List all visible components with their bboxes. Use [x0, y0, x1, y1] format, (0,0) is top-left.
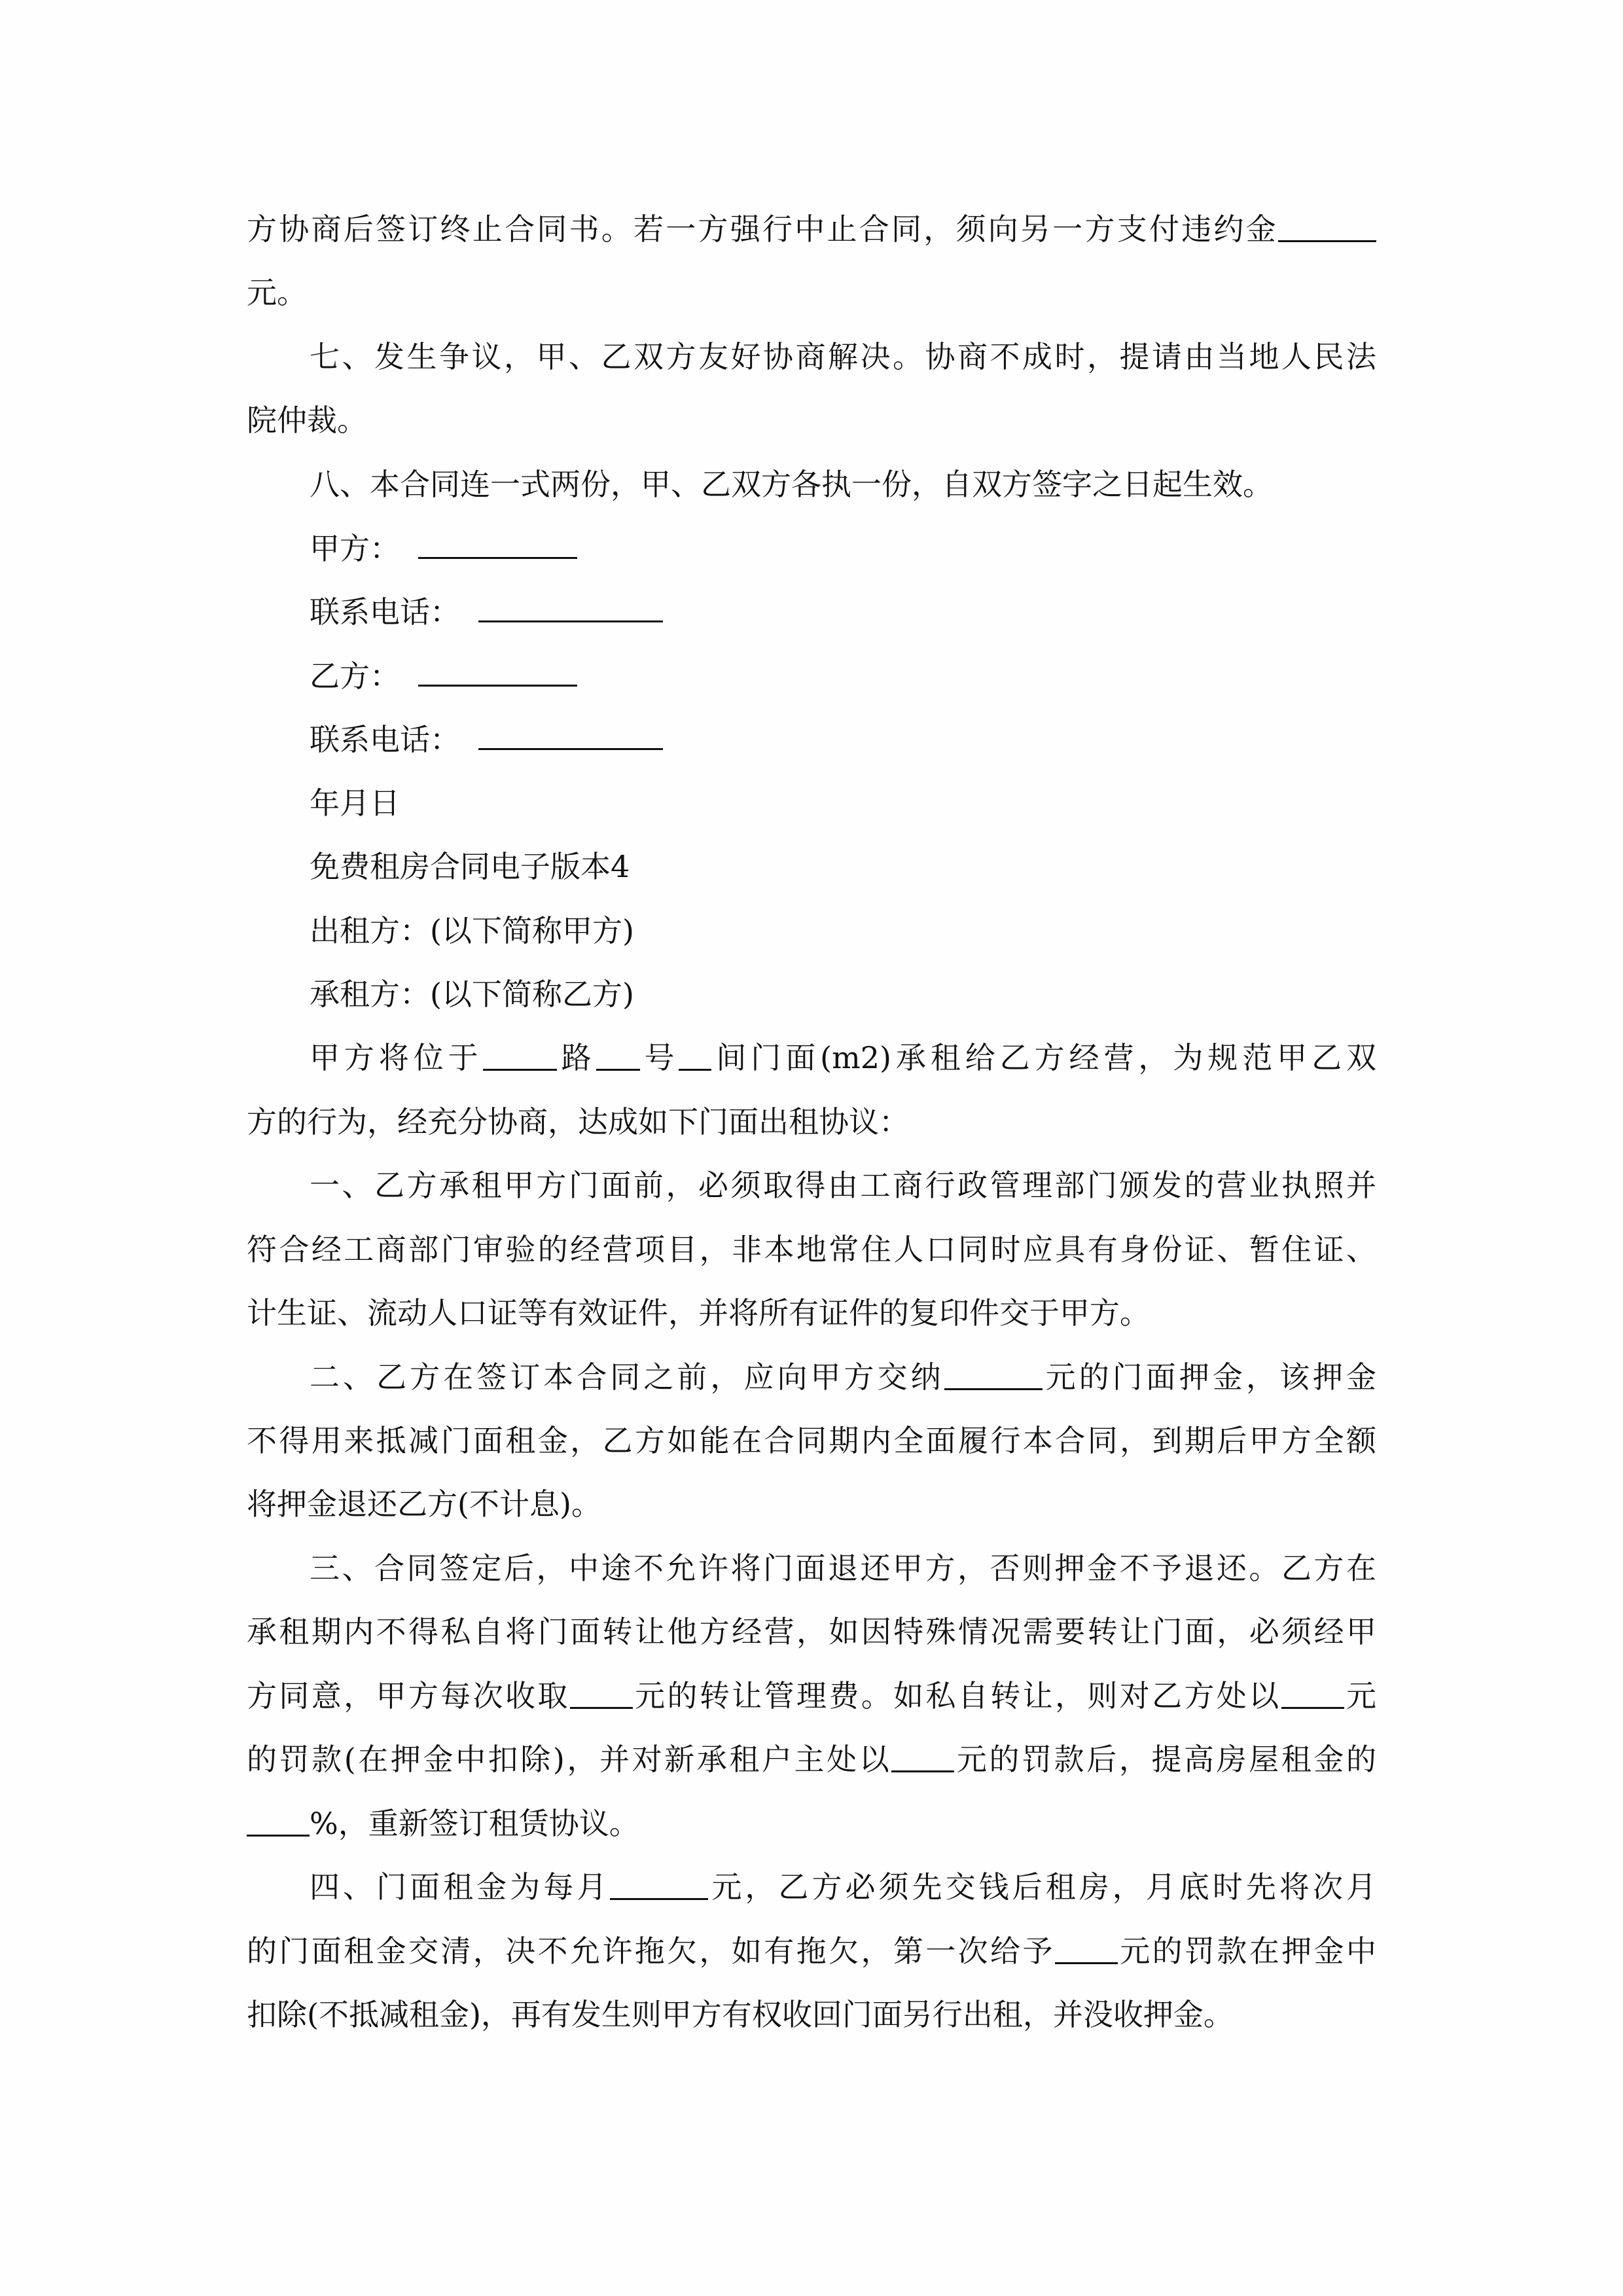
clause-text: 元的转让管理费。如私自转让，则对乙方处以 [633, 1678, 1281, 1713]
clause-text: 三、合同签定后，中途不允许将门面退还甲方，否则押金不予退还。乙方在 [310, 1551, 1376, 1586]
clause-text: 不得用来抵减门面租金，乙方如能在合同期内全面履行本合同，到期后甲方全额 [247, 1423, 1376, 1458]
document-page: 方协商后签订终止合同书。若一方强行中止合同，须向另一方支付违约金 元。 七、发生… [0, 0, 1623, 2296]
text-line: 元。 [247, 273, 1376, 312]
deposit-blank[interactable] [944, 1359, 1043, 1390]
party-b-label: 乙方： [310, 658, 400, 694]
clause-text: 号 [640, 1040, 679, 1075]
text-line: %，重新签订租赁协议。 [247, 1804, 1376, 1843]
clause-text: %，重新签订租赁协议。 [310, 1806, 639, 1841]
text-line: 扣除(不抵减租金)，再有发生则甲方有权收回门面另行出租，并没收押金。 [247, 1995, 1376, 2034]
party-b-signature-field[interactable] [418, 656, 577, 687]
monthly-rent-blank[interactable] [610, 1869, 708, 1900]
party-b-phone: 联系电话： [310, 719, 1376, 759]
clause-text: 元 [1344, 1678, 1376, 1713]
text-line: 方的行为，经充分协商，达成如下门面出租协议： [247, 1102, 1376, 1141]
text-line: 的门面租金交清，决不允许拖欠，如有拖欠，第一次给予元的罚款在押金中 [247, 1931, 1376, 1971]
text-line: 的罚款(在押金中扣除)，并对新承租户主处以元的罚款后，提高房屋租金的 [247, 1740, 1376, 1779]
party-a-phone-field[interactable] [478, 592, 663, 622]
clause-text: 将押金退还乙方(不计息)。 [247, 1486, 601, 1522]
text-line: 方同意，甲方每次收取元的转让管理费。如私自转让，则对乙方处以元 [247, 1676, 1376, 1715]
road-blank[interactable] [483, 1040, 557, 1071]
clause-text: 方协商后签订终止合同书。若一方强行中止合同，须向另一方支付违约金 [247, 211, 1278, 247]
clause-text: 院仲裁。 [247, 403, 367, 438]
clause-text: 方的行为，经充分协商，达成如下门面出租协议： [247, 1104, 909, 1139]
text-line: 将押金退还乙方(不计息)。 [247, 1484, 1376, 1524]
text-line: 方协商后签订终止合同书。若一方强行中止合同，须向另一方支付违约金 [247, 209, 1376, 249]
clause-text: 元的门面押金，该押金 [1043, 1359, 1376, 1395]
clause-two-line: 二、乙方在签订本合同之前，应向甲方交纳元的门面押金，该押金 [310, 1357, 1376, 1397]
party-a-label: 甲方： [310, 531, 400, 566]
clause-text: 元。 [247, 275, 307, 310]
number-blank[interactable] [596, 1040, 640, 1071]
clause-text: 七、发生争议，甲、乙双方友好协商解决。协商不成时，提请由当地人民法 [310, 339, 1376, 374]
party-a-signature-field[interactable] [418, 528, 577, 559]
clause-text: 扣除(不抵减租金)，再有发生则甲方有权收回门面另行出租，并没收押金。 [247, 1997, 1234, 2032]
clause-text: 计生证、流动人口证等有效证件，并将所有证件的复印件交于甲方。 [247, 1295, 1150, 1331]
clause-one-line: 一、乙方承租甲方门面前，必须取得由工商行政管理部门颁发的营业执照并 [310, 1166, 1376, 1205]
clause-text: 元的罚款在押金中 [1118, 1933, 1376, 1969]
clause-text: 一、乙方承租甲方门面前，必须取得由工商行政管理部门颁发的营业执照并 [310, 1168, 1376, 1203]
clause-text: 元，乙方必须先交钱后租房，月底时先将次月 [708, 1869, 1376, 1905]
lessor-line: 出租方：(以下简称甲方) [310, 911, 1376, 950]
date-line: 年月日 [310, 783, 1376, 823]
penalty-blank[interactable] [1281, 1678, 1344, 1709]
fill-in-blank[interactable] [1278, 211, 1376, 242]
transfer-fee-blank[interactable] [570, 1678, 633, 1709]
text-line: 承租期内不得私自将门面转让他方经营，如因特殊情况需要转让门面，必须经甲 [247, 1612, 1376, 1651]
clause-text: 方同意，甲方每次收取 [247, 1678, 570, 1713]
clause-three-line: 三、合同签定后，中途不允许将门面退还甲方，否则押金不予退还。乙方在 [310, 1549, 1376, 1588]
party-b-phone-label: 联系电话： [310, 722, 460, 757]
premises-line: 甲方将位于路号间门面(m2)承租给乙方经营，为规范甲乙双 [310, 1038, 1376, 1077]
lessee-line: 承租方：(以下简称乙方) [310, 975, 1376, 1014]
clause-text: 八、本合同连一式两份，甲、乙双方各执一份，自双方签字之日起生效。 [310, 467, 1273, 502]
date-text: 年月日 [310, 785, 400, 821]
party-a-signature: 甲方： [310, 528, 1376, 567]
section-title: 免费租房合同电子版本4 [310, 847, 1376, 886]
clause-text: 的罚款(在押金中扣除)，并对新承租户主处以 [247, 1742, 891, 1777]
clause-text: 路 [557, 1040, 596, 1075]
text-line: 计生证、流动人口证等有效证件，并将所有证件的复印件交于甲方。 [247, 1293, 1376, 1333]
clause-text: 符合经工商部门审验的经营项目，非本地常住人口同时应具有身份证、暂住证、 [247, 1232, 1376, 1267]
new-tenant-penalty-blank[interactable] [891, 1742, 954, 1772]
clause-seven-line: 七、发生争议，甲、乙双方友好协商解决。协商不成时，提请由当地人民法 [310, 337, 1376, 376]
lessee-text: 承租方：(以下简称乙方) [310, 977, 634, 1012]
clause-text: 的门面租金交清，决不允许拖欠，如有拖欠，第一次给予 [247, 1933, 1055, 1969]
late-fee-blank[interactable] [1055, 1933, 1118, 1964]
party-a-phone: 联系电话： [310, 592, 1376, 631]
rent-increase-percent-blank[interactable] [247, 1806, 310, 1837]
clause-text: 间门面(m2)承租给乙方经营，为规范甲乙双 [711, 1040, 1376, 1075]
clause-text: 元的罚款后，提高房屋租金的 [954, 1742, 1376, 1777]
contract-title: 免费租房合同电子版本4 [310, 849, 630, 884]
room-count-blank[interactable] [679, 1040, 711, 1071]
clause-text: 二、乙方在签订本合同之前，应向甲方交纳 [310, 1359, 944, 1395]
text-line: 院仲裁。 [247, 401, 1376, 440]
clause-text: 承租期内不得私自将门面转让他方经营，如因特殊情况需要转让门面，必须经甲 [247, 1614, 1376, 1649]
party-a-phone-label: 联系电话： [310, 594, 460, 630]
text-line: 不得用来抵减门面租金，乙方如能在合同期内全面履行本合同，到期后甲方全额 [247, 1421, 1376, 1460]
party-b-signature: 乙方： [310, 656, 1376, 695]
lessor-text: 出租方：(以下简称甲方) [310, 913, 634, 948]
clause-four-line: 四、门面租金为每月元，乙方必须先交钱后租房，月底时先将次月 [310, 1867, 1376, 1907]
text-line: 符合经工商部门审验的经营项目，非本地常住人口同时应具有身份证、暂住证、 [247, 1230, 1376, 1269]
clause-text: 甲方将位于 [310, 1040, 483, 1075]
clause-text: 四、门面租金为每月 [310, 1869, 610, 1905]
party-b-phone-field[interactable] [478, 719, 663, 750]
clause-eight-line: 八、本合同连一式两份，甲、乙双方各执一份，自双方签字之日起生效。 [310, 465, 1376, 504]
